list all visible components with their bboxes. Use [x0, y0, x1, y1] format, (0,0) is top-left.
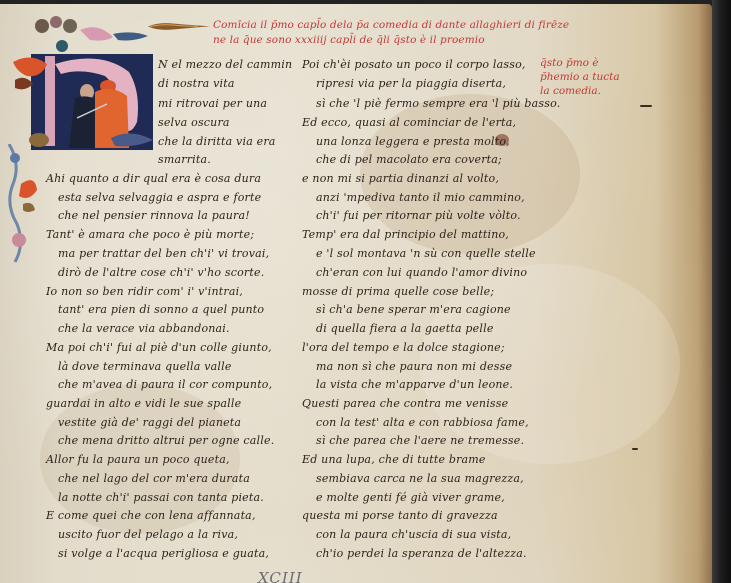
verse-line: Allor fu la paura un poco queta,: [46, 453, 230, 466]
verse-line: che m'avea di paura il cor compunto,: [58, 378, 272, 391]
verse-line: smarrita.: [158, 153, 211, 166]
verse-line: che la verace via abbandonai.: [58, 322, 230, 335]
foliage-ornament-icon: [18, 12, 148, 52]
verse-line: Ahi quanto a dir qual era è cosa dura: [46, 172, 261, 185]
scan-right-edge: [712, 0, 731, 583]
verse-line: Io non so ben ridir com' i' v'intrai,: [46, 285, 243, 298]
verse-line: Temp' era dal principio del mattino,: [302, 228, 509, 241]
verse-line: Tant' è amara che poco è più morte;: [46, 228, 254, 241]
verse-line: ripresi via per la piaggia diserta,: [316, 77, 506, 90]
verse-line: la vista che m'apparve d'un leone.: [316, 378, 513, 391]
ink-mark: [632, 448, 638, 450]
verse-line: guardai in alto e vidi le sue spalle: [46, 397, 241, 410]
verse-line: vestite già de' raggi del pianeta: [58, 416, 241, 429]
pen-flourish-ornament: [148, 22, 210, 31]
verse-line: che mena dritto altrui per ogne calle.: [58, 434, 274, 447]
verse-line: che nel lago del cor m'era durata: [58, 472, 250, 485]
verse-line: che di pel macolato era coverta;: [316, 153, 502, 166]
verse-line: con la test' alta e con rabbiosa fame,: [316, 416, 529, 429]
verse-line: Ed una lupa, che di tutte brame: [302, 453, 486, 466]
verse-line: ch'io perdei la speranza de l'altezza.: [316, 547, 527, 560]
verse-line: di quella fiera a la gaetta pelle: [316, 322, 494, 335]
verse-line: con la paura ch'uscia di sua vista,: [316, 528, 511, 541]
verse-line: anzi 'mpediva tanto il mio cammino,: [316, 191, 525, 204]
verse-line: la notte ch'i' passai con tanta pieta.: [58, 491, 264, 504]
marginal-vine-ornament: [3, 144, 43, 264]
side-note-line-2: p̄hemio a tucta: [540, 70, 630, 84]
rubric-side-note: q̄sto p̄mo è p̄hemio a tucta la comedia.: [540, 56, 630, 98]
verse-line: l'ora del tempo e la dolce stagione;: [302, 341, 505, 354]
verse-line: e 'l sol montava 'n sù con quelle stelle: [316, 247, 536, 260]
verse-line: E come quei che con lena affannata,: [46, 509, 256, 522]
verse-line: che nel pensier rinnova la paura!: [58, 209, 250, 222]
verse-line: e molte genti fé già viver grame,: [316, 491, 505, 504]
verse-line: sì ch'a bene sperar m'era cagione: [316, 303, 511, 316]
verse-line: sì che parea che l'aere ne tremesse.: [316, 434, 524, 447]
verse-line: mi ritrovai per una: [158, 97, 267, 110]
verse-line: e non mi si partia dinanzi al volto,: [302, 172, 499, 185]
verse-line: ch'eran con lui quando l'amor divino: [316, 266, 527, 279]
verse-line: mosse di prima quelle cose belle;: [302, 285, 494, 298]
verse-line: Questi parea che contra me venisse: [302, 397, 508, 410]
verse-line: tant' era pien di sonno a quel punto: [58, 303, 264, 316]
historiated-initial-miniature: [11, 52, 155, 152]
verse-line: sì che 'l piè fermo sempre era 'l più ba…: [316, 97, 560, 110]
verse-line: Ed ecco, quasi al cominciar de l'erta,: [302, 116, 516, 129]
verse-line: Ma poi ch'i' fui al piè d'un colle giunt…: [46, 341, 272, 354]
verse-line: di nostra vita: [158, 77, 235, 90]
folio-number: XCIII: [258, 569, 303, 583]
verse-line: una lonza leggera e presta molto,: [316, 135, 510, 148]
verse-line: dirò de l'altre cose ch'i' v'ho scorte.: [58, 266, 264, 279]
verse-line: sembiava carca ne la sua magrezza,: [316, 472, 524, 485]
rubric-heading-line-2: ne la q̄ue sono xxxiiij capl̄i de q̄li q…: [213, 33, 633, 48]
verse-line: che la diritta via era: [158, 135, 276, 148]
verse-line: là dove terminava quella valle: [58, 360, 232, 373]
verse-line: ma non sì che paura non mi desse: [316, 360, 512, 373]
verse-line: selva oscura: [158, 116, 230, 129]
rubric-heading: Comīcia il p̄mo capl̄o dela p̄a comedia …: [213, 18, 633, 48]
rubric-heading-line-1: Comīcia il p̄mo capl̄o dela p̄a comedia …: [213, 18, 633, 33]
verse-line: ch'i' fui per ritornar più volte vòlto.: [316, 209, 521, 222]
side-note-line-1: q̄sto p̄mo è: [540, 56, 630, 70]
verse-line: questa mi porse tanto di gravezza: [302, 509, 498, 522]
manuscript-page: Comīcia il p̄mo capl̄o dela p̄a comedia …: [0, 4, 712, 583]
ink-mark: [640, 105, 652, 107]
verse-line: uscito fuor del pelago a la riva,: [58, 528, 238, 541]
verse-line: esta selva selvaggia e aspra e forte: [58, 191, 261, 204]
verse-line: si volge a l'acqua perigliosa e guata,: [58, 547, 269, 560]
side-note-line-3: la comedia.: [540, 84, 630, 98]
verse-line: Poi ch'èi posato un poco il corpo lasso,: [302, 58, 526, 71]
verse-line: N el mezzo del cammin: [158, 58, 292, 71]
verse-line: ma per trattar del ben ch'i' vi trovai,: [58, 247, 269, 260]
